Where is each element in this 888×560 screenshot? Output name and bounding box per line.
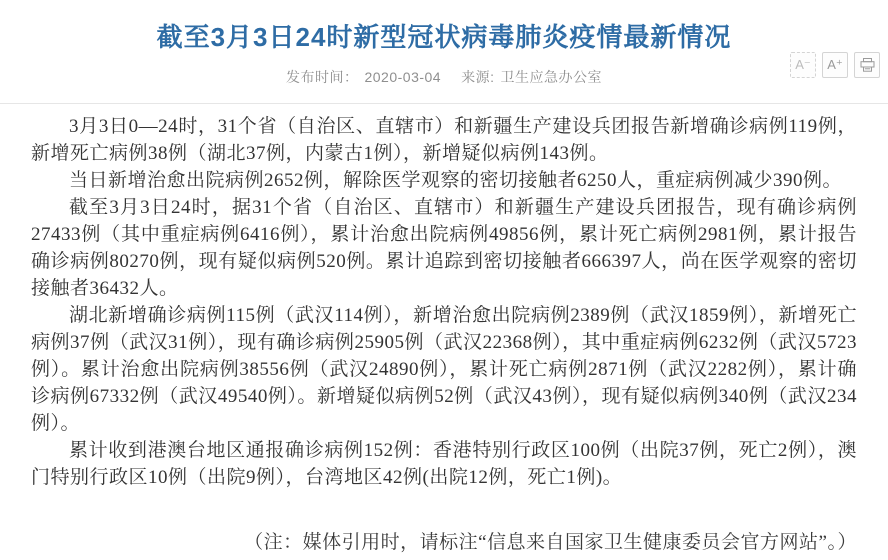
page-title: 截至3月3日24时新型冠状病毒肺炎疫情最新情况 xyxy=(0,0,888,54)
paragraph-daily-recovered: 当日新增治愈出院病例2652例，解除医学观察的密切接触者6250人，重症病例减少… xyxy=(31,167,857,194)
paragraph-hk-macao-taiwan: 累计收到港澳台地区通报确诊病例152例：香港特别行政区100例（出院37例，死亡… xyxy=(31,437,857,491)
font-increase-button[interactable]: A⁺ xyxy=(822,52,848,78)
printer-icon xyxy=(860,58,875,72)
article-body: 3月3日0—24时，31个省（自治区、直辖市）和新疆生产建设兵团报告新增确诊病例… xyxy=(0,104,888,556)
paragraph-national-daily-new: 3月3日0—24时，31个省（自治区、直辖市）和新疆生产建设兵团报告新增确诊病例… xyxy=(31,113,857,167)
font-print-toolbar: A⁻ A⁺ xyxy=(790,52,880,78)
source-value: 卫生应急办公室 xyxy=(501,69,603,85)
publish-time-value: 2020-03-04 xyxy=(364,69,441,85)
paragraph-cumulative-national: 截至3月3日24时，据31个省（自治区、直辖市）和新疆生产建设兵团报告，现有确诊… xyxy=(31,194,857,302)
print-button[interactable] xyxy=(854,52,880,78)
article-meta: 发布时间：2020-03-04来源:卫生应急办公室 xyxy=(0,67,888,87)
font-decrease-button[interactable]: A⁻ xyxy=(790,52,816,78)
publish-time-label: 发布时间： xyxy=(286,69,359,85)
source-label: 来源: xyxy=(461,69,494,85)
article-page: 截至3月3日24时新型冠状病毒肺炎疫情最新情况 发布时间：2020-03-04来… xyxy=(0,0,888,560)
citation-note: （注：媒体引用时，请标注“信息来自国家卫生健康委员会官方网站”。） xyxy=(31,529,857,556)
paragraph-hubei-detail: 湖北新增确诊病例115例（武汉114例），新增治愈出院病例2389例（武汉185… xyxy=(31,302,857,437)
